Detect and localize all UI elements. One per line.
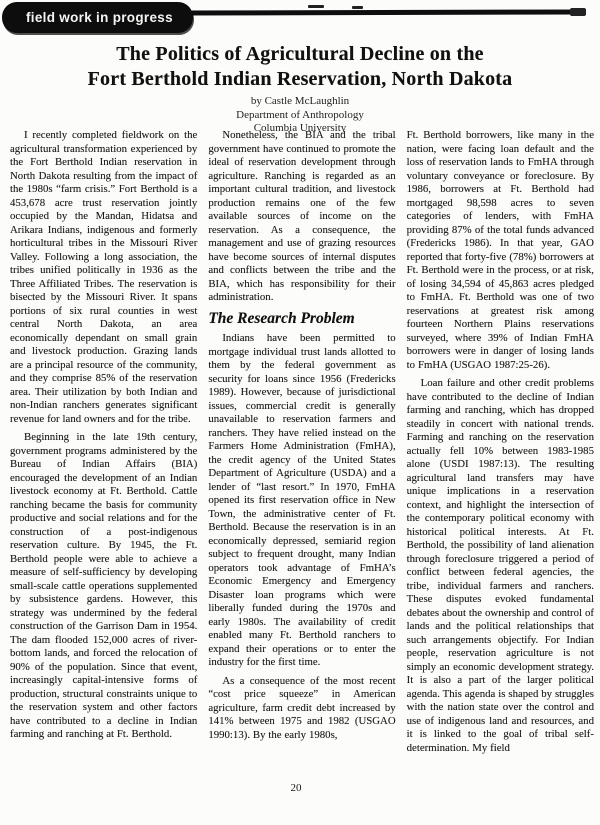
article-body: I recently completed fieldwork on the ag… [10, 129, 594, 760]
paragraph: Ft. Berthold borrowers, like many in the… [407, 129, 594, 372]
article-title: The Politics of Agricultural Decline on … [0, 42, 600, 92]
paragraph: Loan failure and other credit problems h… [407, 377, 594, 755]
paragraph: Indians have been permitted to mortgage … [208, 332, 395, 670]
paragraph: I recently completed fieldwork on the ag… [10, 129, 197, 426]
scan-artifact [570, 8, 586, 16]
paragraph: Beginning in the late 19th century, gove… [10, 431, 197, 742]
column-1: I recently completed fieldwork on the ag… [10, 129, 197, 760]
title-line-1: The Politics of Agricultural Decline on … [0, 42, 600, 67]
header-rule [183, 9, 583, 15]
paragraph: Nonetheless, the BIA and the tribal gove… [208, 129, 395, 305]
scanned-article-page: field work in progress The Politics of A… [0, 0, 600, 825]
field-work-banner: field work in progress [2, 2, 193, 33]
author-department: Department of Anthropology [0, 109, 600, 123]
page-number: 20 [0, 782, 592, 794]
section-heading-research-problem: The Research Problem [208, 312, 395, 326]
article-header: The Politics of Agricultural Decline on … [0, 42, 600, 136]
column-2: Nonetheless, the BIA and the tribal gove… [208, 129, 395, 760]
title-line-2: Fort Berthold Indian Reservation, North … [0, 67, 600, 92]
scan-artifact [308, 5, 324, 8]
banner-label: field work in progress [26, 10, 173, 25]
paragraph: As a consequence of the most recent “cos… [208, 675, 395, 743]
column-3: Ft. Berthold borrowers, like many in the… [407, 129, 594, 760]
scan-artifact [352, 6, 363, 9]
author-byline: by Castle McLaughlin [0, 95, 600, 109]
